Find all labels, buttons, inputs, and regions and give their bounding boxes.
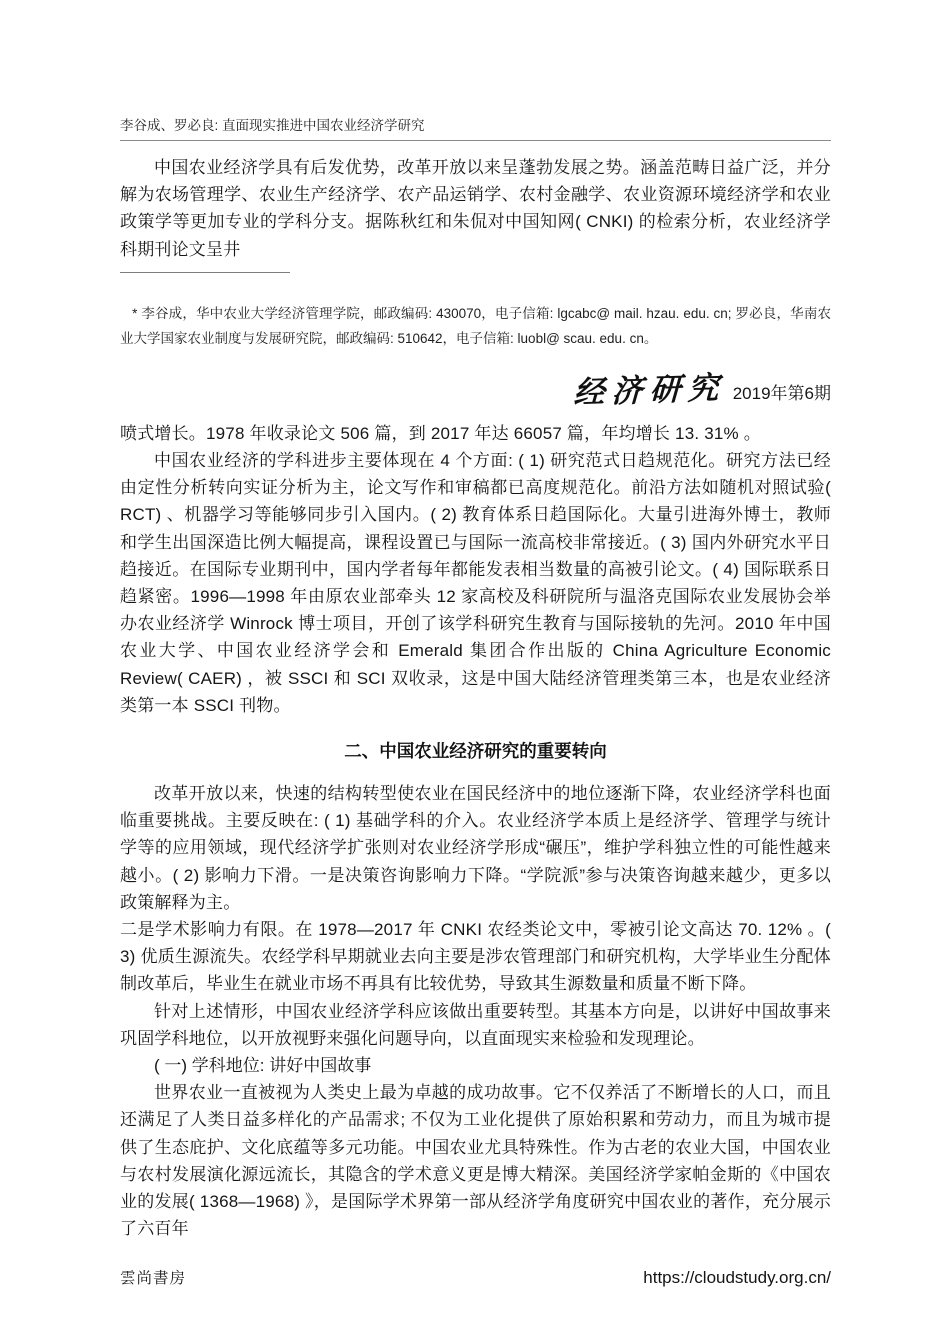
paragraph-direction: 针对上述情形，中国农业经济学科应该做出重要转型。其基本方向是，以讲好中国故事来巩… bbox=[120, 998, 831, 1052]
footer-url-link[interactable]: https://cloudstudy.org.cn/ bbox=[643, 1268, 831, 1288]
running-head: 李谷成、罗必良: 直面现实推进中国农业经济学研究 bbox=[120, 117, 831, 141]
section-heading: 二、中国农业经济研究的重要转向 bbox=[120, 738, 831, 765]
paragraph-intro: 中国农业经济学具有后发优势，改革开放以来呈蓬勃发展之势。涵盖范畴日益广泛，并分解… bbox=[120, 154, 831, 263]
footer-brand-label: 雲尚書房 bbox=[120, 1266, 186, 1288]
page-content: 李谷成、罗必良: 直面现实推进中国农业经济学研究 中国农业经济学具有后发优势，改… bbox=[120, 0, 831, 1243]
paragraph-influence: 二是学术影响力有限。在 1978—2017 年 CNKI 农经类论文中，零被引论… bbox=[120, 916, 831, 998]
subsection-heading: ( 一) 学科地位: 讲好中国故事 bbox=[120, 1052, 831, 1079]
journal-issue-label: 2019年第6期 bbox=[733, 385, 831, 404]
journal-calligraphy-logo: 经济研究 bbox=[573, 373, 726, 409]
paragraph-transition: 改革开放以来，快速的结构转型使农业在国民经济中的地位逐渐下降，农业经济学科也面临… bbox=[120, 780, 831, 916]
footnote-authors: * 李谷成，华中农业大学经济管理学院，邮政编码: 430070，电子信箱: lg… bbox=[120, 301, 831, 352]
footnote-divider bbox=[120, 272, 290, 273]
reader-footer: 雲尚書房 https://cloudstudy.org.cn/ bbox=[120, 1266, 831, 1288]
document-page: 李谷成、罗必良: 直面现实推进中国农业经济学研究 中国农业经济学具有后发优势，改… bbox=[0, 0, 950, 1344]
paragraph-story: 世界农业一直被视为人类史上最为卓越的成功故事。它不仅养活了不断增长的人口，而且还… bbox=[120, 1079, 831, 1242]
journal-mark: 经济研究 2019年第6期 bbox=[120, 360, 831, 404]
paragraph-progress: 中国农业经济的学科进步主要体现在 4 个方面: ( 1) 研究范式日趋规范化。研… bbox=[120, 447, 831, 719]
paragraph-growth: 喷式增长。1978 年收录论文 506 篇，到 2017 年达 66057 篇，… bbox=[120, 420, 831, 447]
